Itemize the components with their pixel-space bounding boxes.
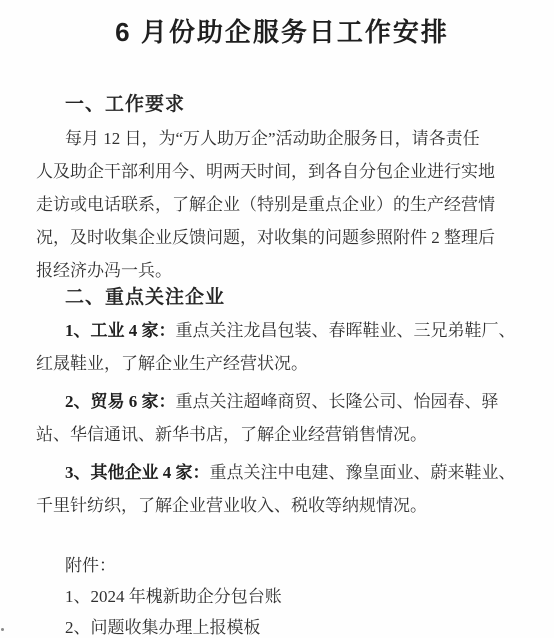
attachments-section: 附件： 1、2024 年槐新助企分包台账 2、问题收集办理上报模板 <box>36 550 528 638</box>
section-heading-key-enterprises: 二、重点关注企业 <box>36 287 528 309</box>
enterprise-item-trade: 2、贸易 6 家：重点关注超峰商贸、长隆公司、怡园春、驿 站、华信通讯、新华书店… <box>36 385 528 451</box>
section-heading-work-requirements: 一、工作要求 <box>36 94 528 116</box>
document-title: 6 月份助企服务日工作安排 <box>36 12 528 52</box>
enterprise-item-other-label: 3、其他企业 4 家： <box>65 463 210 482</box>
enterprise-item-industry-label: 1、工业 4 家： <box>65 321 176 340</box>
scan-artifact-dot <box>1 628 4 631</box>
attachment-item-template: 2、问题收集办理上报模板 <box>65 612 528 638</box>
work-requirements-paragraph: 每月 12 日，为“万人助万企”活动助企服务日，请各责任 人及助企干部利用今、明… <box>36 122 528 287</box>
enterprise-item-other: 3、其他企业 4 家：重点关注中电建、豫皇面业、蔚来鞋业、 千里针纺织，了解企业… <box>36 456 528 522</box>
enterprise-item-trade-label: 2、贸易 6 家： <box>65 392 176 411</box>
attachment-item-ledger: 1、2024 年槐新助企分包台账 <box>65 581 528 612</box>
document-page: 6 月份助企服务日工作安排 一、工作要求 每月 12 日，为“万人助万企”活动助… <box>0 0 554 638</box>
enterprise-item-industry: 1、工业 4 家：重点关注龙昌包装、春晖鞋业、三兄弟鞋厂、 红晟鞋业，了解企业生… <box>36 314 528 380</box>
attachments-heading: 附件： <box>65 550 528 581</box>
